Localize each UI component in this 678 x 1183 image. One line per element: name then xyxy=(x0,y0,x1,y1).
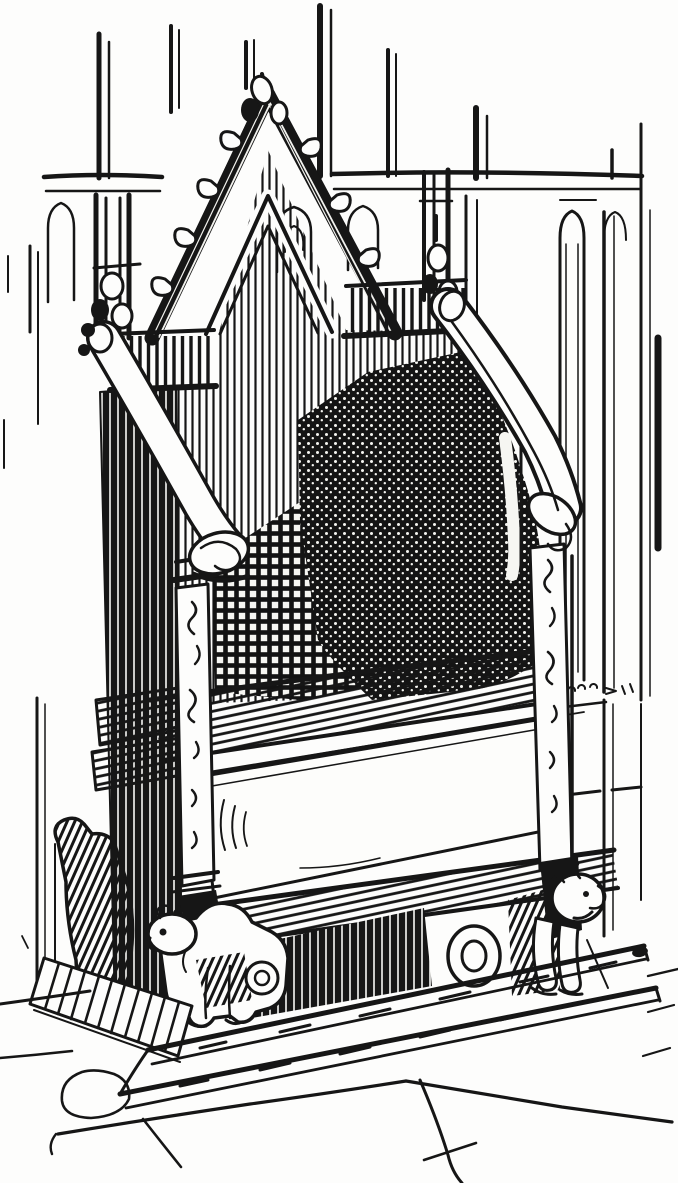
left-lion-eye xyxy=(160,929,167,936)
transom-band-left xyxy=(44,175,162,177)
right-lion-head xyxy=(552,874,604,922)
right-lion-eye xyxy=(583,891,589,897)
engraving-page: The Coronation Chair xyxy=(0,0,678,1183)
coronation-chair-engraving xyxy=(0,0,678,1183)
left-lion-tail-curl xyxy=(246,962,278,994)
left-lion-head xyxy=(148,914,196,954)
